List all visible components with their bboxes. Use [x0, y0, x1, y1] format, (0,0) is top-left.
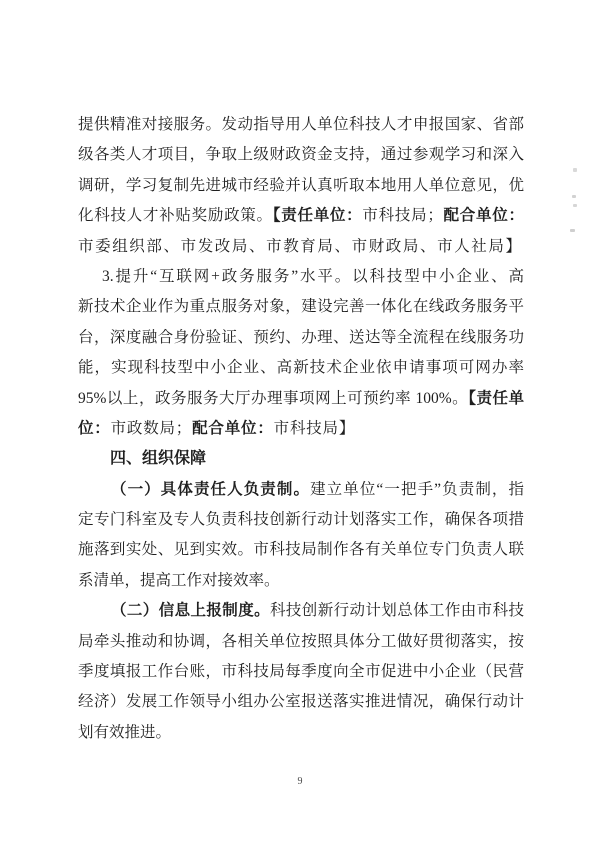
text-run: 局牵头推动和协调，各相关单位按照具体分工做好贯彻落实，按 — [78, 633, 524, 650]
text-run: 市委组织部、市发改局、市教育局、市财政局、市人社局】 — [78, 238, 523, 255]
bold-text-run: 配合单位： — [443, 207, 524, 224]
page-number: 9 — [0, 775, 600, 789]
text-line: 提供精准对接服务。发动指导用人单位科技人才申报国家、省部 — [78, 110, 524, 140]
text-run: 新技术企业作为重点服务对象，建设完善一体化在线政务服务平 — [78, 298, 524, 315]
text-run: 施落到实处、见到实效。市科技局制作各有关单位专门负责人联 — [78, 541, 524, 558]
text-run: 建立单位“一把手”负责制，指 — [310, 481, 524, 498]
text-run: 市科技局】 — [274, 420, 356, 437]
text-run: 系清单，提高工作对接效率。 — [78, 572, 280, 589]
text-line: 系清单，提高工作对接效率。 — [78, 566, 524, 596]
bold-text-run: 配合单位： — [192, 420, 274, 437]
text-line: 季度填报工作台账，市科技局每季度向全市促进中小企业（民营 — [78, 657, 524, 687]
text-line: （一）具体责任人负责制。建立单位“一把手”负责制，指 — [78, 475, 524, 505]
text-line: 级各类人才项目，争取上级财政资金支持，通过参观学习和深入 — [78, 140, 524, 170]
text-line: 化科技人才补贴奖励政策。【责任单位：市科技局；配合单位： — [78, 201, 524, 231]
text-line: 能，实现科技型中小企业、高新技术企业依申请事项可网办率 — [78, 353, 524, 383]
text-run: 市政数局； — [111, 420, 193, 437]
text-line: 划有效推进。 — [78, 718, 524, 748]
text-line: 3.提升“互联网+政务服务”水平。以科技型中小企业、高 — [78, 262, 524, 292]
text-run: 级各类人才项目，争取上级财政资金支持，通过参观学习和深入 — [78, 146, 524, 163]
bold-text-run: （一）具体责任人负责制。 — [111, 481, 310, 498]
text-line: 市委组织部、市发改局、市教育局、市财政局、市人社局】 — [78, 232, 524, 262]
document-body: 提供精准对接服务。发动指导用人单位科技人才申报国家、省部级各类人才项目，争取上级… — [78, 110, 524, 748]
scan-artifact — [573, 168, 577, 172]
text-line: 95%以上，政务服务大厅办理事项网上可预约率 100%。【责任单 — [78, 384, 524, 414]
text-run: 台，深度融合身份验证、预约、办理、送达等全流程在线服务功 — [78, 329, 524, 346]
text-run: 划有效推进。 — [78, 724, 171, 741]
text-line: 台，深度融合身份验证、预约、办理、送达等全流程在线服务功 — [78, 323, 524, 353]
text-run: 经济）发展工作领导小组办公室报送落实推进情况，确保行动计 — [78, 693, 524, 710]
bold-text-run: （二）信息上报制度。 — [111, 602, 270, 619]
text-run: 能，实现科技型中小企业、高新技术企业依申请事项可网办率 — [78, 359, 524, 376]
text-line: 调研，学习复制先进城市经验并认真听取本地用人单位意见，优 — [78, 171, 524, 201]
text-run: 季度填报工作台账，市科技局每季度向全市促进中小企业（民营 — [78, 663, 524, 680]
text-run: 化科技人才补贴奖励政策。 — [78, 207, 273, 224]
text-line: 施落到实处、见到实效。市科技局制作各有关单位专门负责人联 — [78, 535, 524, 565]
bold-text-run: 【责任单位： — [273, 207, 363, 224]
text-line: 新技术企业作为重点服务对象，建设完善一体化在线政务服务平 — [78, 292, 524, 322]
scan-artifact — [573, 204, 577, 207]
text-run: 3.提升“互联网+政务服务”水平。以科技型中小企业、高 — [102, 268, 524, 285]
section-heading: 四、组织保障 — [78, 444, 524, 474]
text-line: 局牵头推动和协调，各相关单位按照具体分工做好贯彻落实，按 — [78, 627, 524, 657]
bold-text-run: 【责任单 — [468, 390, 524, 407]
text-run: 95%以上，政务服务大厅办理事项网上可预约率 100%。 — [78, 390, 468, 407]
text-run: 定专门科室及专人负责科技创新行动计划落实工作，确保各项措 — [78, 511, 524, 528]
text-line: 经济）发展工作领导小组办公室报送落实推进情况，确保行动计 — [78, 687, 524, 717]
text-run: 调研，学习复制先进城市经验并认真听取本地用人单位意见，优 — [78, 177, 524, 194]
bold-text-run: 四、组织保障 — [110, 450, 206, 467]
text-line: （二）信息上报制度。科技创新行动计划总体工作由市科技 — [78, 596, 524, 626]
text-run: 科技创新行动计划总体工作由市科技 — [270, 602, 524, 619]
bold-text-run: 位： — [78, 420, 111, 437]
scan-artifact — [570, 229, 575, 232]
text-line: 位：市政数局；配合单位：市科技局】 — [78, 414, 524, 444]
text-line: 定专门科室及专人负责科技创新行动计划落实工作，确保各项措 — [78, 505, 524, 535]
text-run: 提供精准对接服务。发动指导用人单位科技人才申报国家、省部 — [78, 116, 524, 133]
text-run: 市科技局； — [362, 207, 442, 224]
document-page: 提供精准对接服务。发动指导用人单位科技人才申报国家、省部级各类人才项目，争取上级… — [0, 0, 600, 848]
scan-artifact — [572, 195, 576, 198]
